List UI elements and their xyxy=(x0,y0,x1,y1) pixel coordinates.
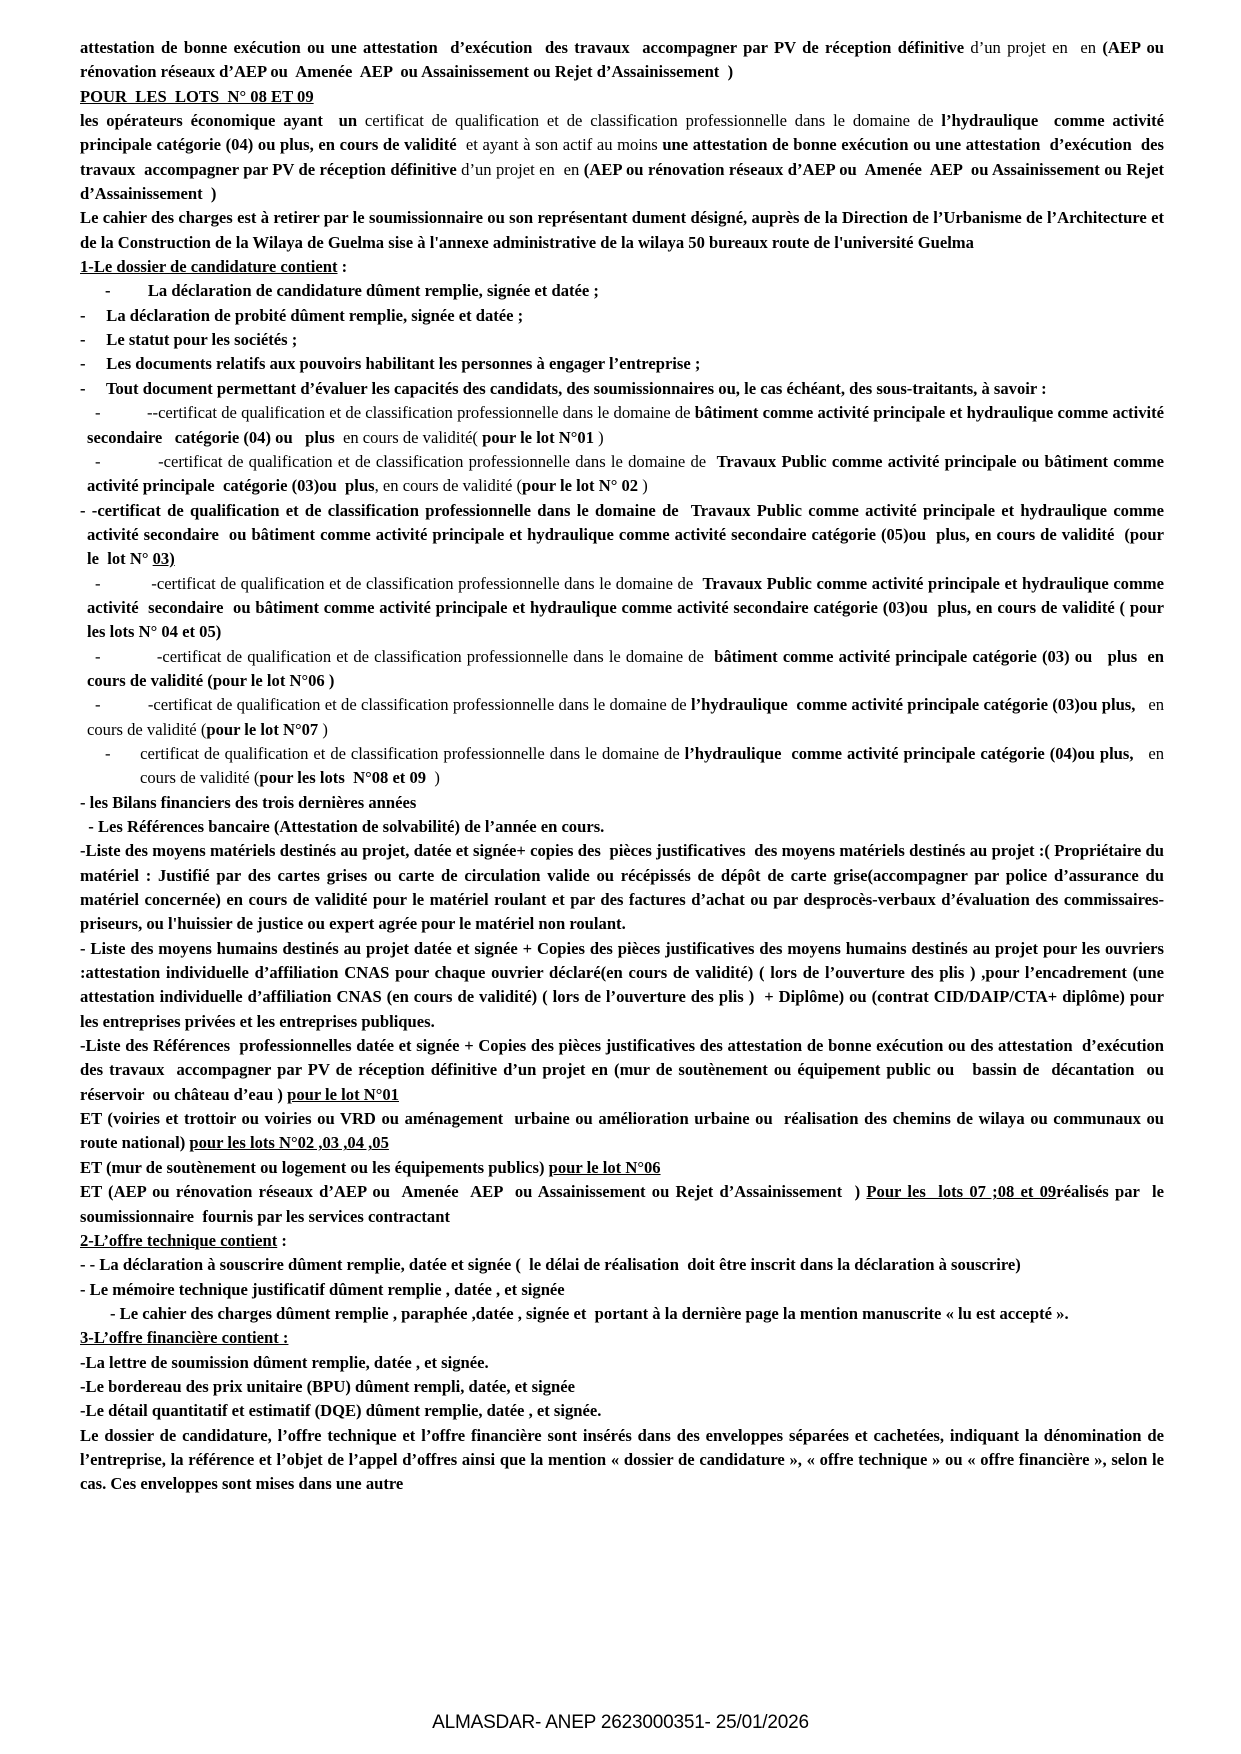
text-run: Le dossier de candidature, l’offre techn… xyxy=(80,1426,1168,1494)
paragraph: attestation de bonne exécution ou une at… xyxy=(80,36,1164,85)
paragraph: - Les documents relatifs aux pouvoirs ha… xyxy=(80,352,1164,376)
text-run: l’hydraulique comme activité principale … xyxy=(691,695,1148,714)
text-run: pour les lots N°08 et 09 xyxy=(259,768,426,787)
text-run: - -certificat de qualification et de cla… xyxy=(95,647,714,666)
paragraph: - -certificat de qualification et de cla… xyxy=(80,645,1164,694)
text-run: - --certificat de qualification et de cl… xyxy=(95,403,695,422)
text-run: et ayant à son actif au moins xyxy=(461,135,662,154)
paragraph: - -certificat de qualification et de cla… xyxy=(80,572,1164,645)
text-run: 1-Le dossier de candidature contient xyxy=(80,257,338,276)
text-run: ) xyxy=(426,768,440,787)
text-run: pour les lots N°02 ,03 ,04 ,05 xyxy=(189,1133,388,1152)
paragraph: POUR LES LOTS N° 08 ET 09 xyxy=(80,85,1164,109)
text-run: ) xyxy=(594,428,604,447)
text-run: pour le lot N°06 xyxy=(549,1158,661,1177)
paragraph: 3-L’offre financière contient : xyxy=(80,1326,1164,1350)
text-run: - Liste des moyens humains destinés au p… xyxy=(80,939,1168,1031)
paragraph: - La déclaration de probité dûment rempl… xyxy=(80,304,1164,328)
text-run: - Tout document permettant d’évaluer les… xyxy=(80,379,1047,398)
text-run: POUR LES LOTS N° 08 ET 09 xyxy=(80,87,314,106)
paragraph: - Tout document permettant d’évaluer les… xyxy=(80,377,1164,401)
paragraph: Le dossier de candidature, l’offre techn… xyxy=(80,1424,1164,1497)
paragraph: ET (voiries et trottoir ou voiries ou VR… xyxy=(80,1107,1164,1156)
text-run: attestation de bonne exécution ou une at… xyxy=(80,38,970,57)
paragraph: -Liste des moyens matériels destinés au … xyxy=(80,839,1164,936)
paragraph: - --certificat de qualification et de cl… xyxy=(80,401,1164,450)
text-run: - Les documents relatifs aux pouvoirs ha… xyxy=(80,354,700,373)
text-run: les opérateurs économique ayant un xyxy=(80,111,365,130)
paragraph: - Le statut pour les sociétés ; xyxy=(80,328,1164,352)
paragraph: - Liste des moyens humains destinés au p… xyxy=(80,937,1164,1034)
text-run: : xyxy=(338,257,348,276)
text-run: - certificat de qualification et de clas… xyxy=(105,744,685,763)
paragraph: -Liste des Références professionnelles d… xyxy=(80,1034,1164,1107)
text-run: - Le cahier des charges dûment remplie ,… xyxy=(110,1304,1069,1323)
text-run: - Le statut pour les sociétés ; xyxy=(80,330,297,349)
paragraph: - -certificat de qualification et de cla… xyxy=(80,499,1164,572)
paragraph: - La déclaration de candidature dûment r… xyxy=(80,279,1164,303)
paragraph: 1-Le dossier de candidature contient : xyxy=(80,255,1164,279)
paragraph: ET (mur de soutènement ou logement ou le… xyxy=(80,1156,1164,1180)
document-body: attestation de bonne exécution ou une at… xyxy=(80,36,1164,1497)
paragraph: les opérateurs économique ayant un certi… xyxy=(80,109,1164,206)
paragraph: - certificat de qualification et de clas… xyxy=(80,742,1164,791)
text-run: - les Bilans financiers des trois derniè… xyxy=(80,793,416,812)
text-run: pour le lot N° 02 xyxy=(522,476,638,495)
text-run: - - La déclaration à souscrire dûment re… xyxy=(80,1255,1021,1274)
text-run: pour le lot N°01 xyxy=(482,428,594,447)
paragraph: 2-L’offre technique contient : xyxy=(80,1229,1164,1253)
paragraph: - les Bilans financiers des trois derniè… xyxy=(80,791,1164,815)
text-run: - -certificat de qualification et de cla… xyxy=(80,501,1172,569)
paragraph: - Le mémoire technique justificatif dûme… xyxy=(80,1278,1164,1302)
paragraph: -Le bordereau des prix unitaire (BPU) dû… xyxy=(80,1375,1164,1399)
text-run: : xyxy=(277,1231,287,1250)
text-run: -La lettre de soumission dûment remplie,… xyxy=(80,1353,489,1372)
paragraph: -Le détail quantitatif et estimatif (DQE… xyxy=(80,1399,1164,1423)
text-run: pour le lot N°07 xyxy=(206,720,318,739)
paragraph: - -certificat de qualification et de cla… xyxy=(80,693,1164,742)
footer-note: ALMASDAR- ANEP 2623000351- 25/01/2026 xyxy=(0,1712,1241,1734)
text-run: - La déclaration de probité dûment rempl… xyxy=(80,306,523,325)
text-run: - -certificat de qualification et de cla… xyxy=(95,695,691,714)
text-run: ) xyxy=(318,720,328,739)
paragraph: - Le cahier des charges dûment remplie ,… xyxy=(80,1302,1164,1326)
text-run: certificat de qualification et de classi… xyxy=(365,111,941,130)
text-run: ET (mur de soutènement ou logement ou le… xyxy=(80,1158,549,1177)
text-run: - -certificat de qualification et de cla… xyxy=(95,452,717,471)
text-run: 03) xyxy=(153,549,175,568)
text-run: -Liste des moyens matériels destinés au … xyxy=(80,841,1168,933)
text-run: pour le lot N°01 xyxy=(287,1085,399,1104)
text-run: , en cours de validité ( xyxy=(375,476,522,495)
text-run: ET (AEP ou rénovation réseaux d’AEP ou A… xyxy=(80,1182,866,1201)
text-run: -Liste des Références professionnelles d… xyxy=(80,1036,1172,1104)
text-run: ) xyxy=(638,476,648,495)
text-run: - -certificat de qualification et de cla… xyxy=(95,574,702,593)
text-run: l’hydraulique comme activité principale … xyxy=(685,744,1149,763)
text-run: 2-L’offre technique contient xyxy=(80,1231,277,1250)
paragraph: ET (AEP ou rénovation réseaux d’AEP ou A… xyxy=(80,1180,1164,1229)
paragraph: - Les Références bancaire (Attestation d… xyxy=(80,815,1164,839)
text-run: - Les Références bancaire (Attestation d… xyxy=(80,817,604,836)
text-run: d’un projet en en xyxy=(461,160,584,179)
text-run: -Le détail quantitatif et estimatif (DQE… xyxy=(80,1401,601,1420)
text-run: 3-L’offre financière contient : xyxy=(80,1328,288,1347)
paragraph: -La lettre de soumission dûment remplie,… xyxy=(80,1351,1164,1375)
text-run: -Le bordereau des prix unitaire (BPU) dû… xyxy=(80,1377,575,1396)
paragraph: - - La déclaration à souscrire dûment re… xyxy=(80,1253,1164,1277)
text-run: d’un projet en en xyxy=(970,38,1102,57)
text-run: - Le mémoire technique justificatif dûme… xyxy=(80,1280,565,1299)
paragraph: - -certificat de qualification et de cla… xyxy=(80,450,1164,499)
text-run: - La déclaration de candidature dûment r… xyxy=(105,281,599,300)
text-run: en cours de validité( xyxy=(343,428,482,447)
paragraph: Le cahier des charges est à retirer par … xyxy=(80,206,1164,255)
text-run: Pour les lots 07 ;08 et 09 xyxy=(866,1182,1056,1201)
text-run: Le cahier des charges est à retirer par … xyxy=(80,208,1168,251)
